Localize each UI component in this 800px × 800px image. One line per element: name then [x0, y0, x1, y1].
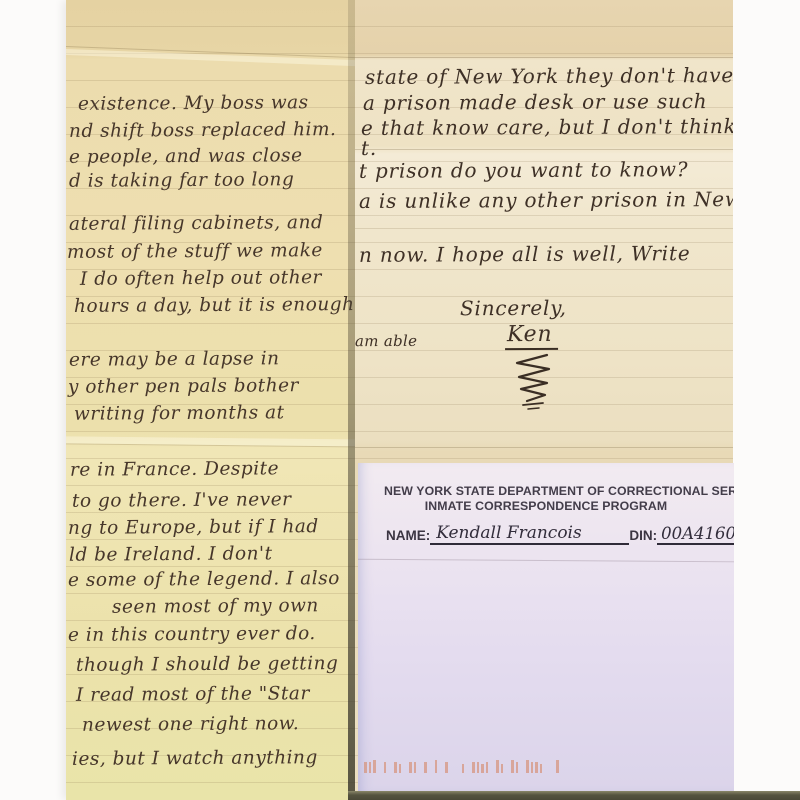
handwritten-line: a prison made desk or use such [363, 89, 707, 115]
handwritten-line: seen most of my own [112, 595, 319, 617]
envelope-name-row: NAME: Kendall Francois DIN: 00A4160 [386, 523, 734, 545]
handwritten-line: n now. I hope all is well, Write [359, 241, 691, 267]
table-edge [348, 791, 800, 800]
envelope-crease [358, 559, 734, 563]
envelope: NEW YORK STATE DEPARTMENT OF CORRECTIONA… [358, 463, 734, 791]
din-value: 00A4160 [657, 524, 734, 545]
handwritten-line: ng to Europe, but if I had [68, 516, 319, 539]
handwritten-line: ere may be a lapse in [69, 348, 280, 370]
din-label: DIN: [629, 528, 657, 545]
signature-flourish-icon [507, 352, 555, 412]
envelope-org-line1: NEW YORK STATE DEPARTMENT OF CORRECTIONA… [384, 484, 734, 498]
letter-page-left: existence. My boss was nd shift boss rep… [66, 0, 355, 800]
handwritten-fragment: am able [355, 332, 417, 350]
page-seam-shadow [348, 0, 355, 800]
handwritten-line: state of New York they don't have [365, 63, 733, 89]
handwritten-line: ies, but I watch anything [72, 747, 318, 770]
name-label: NAME: [386, 528, 430, 545]
handwritten-line: ld be Ireland. I don't [69, 543, 273, 565]
handwritten-line: though I should be getting [76, 653, 338, 676]
handwritten-line: existence. My boss was [78, 92, 309, 115]
fold-crease [355, 228, 733, 229]
handwritten-line: e some of the legend. I also [68, 568, 340, 591]
handwritten-line: t prison do you want to know? [359, 157, 688, 183]
fold-crease [355, 447, 733, 448]
handwritten-line: ateral filing cabinets, and [69, 212, 323, 235]
handwritten-line: nd shift boss replaced him. [69, 119, 336, 142]
signature: Ken [505, 322, 559, 350]
handwritten-line: e in this country ever do. [68, 623, 316, 646]
handwritten-line: writing for months at [74, 402, 285, 424]
fold-crease [355, 57, 733, 58]
handwritten-line: I do often help out other [80, 267, 322, 290]
photo-of-letters: existence. My boss was nd shift boss rep… [0, 0, 800, 800]
handwritten-line: newest one right now. [82, 713, 299, 736]
handwritten-line: to go there. I've never [72, 489, 292, 512]
handwritten-line: a is unlike any other prison in New [359, 187, 733, 213]
handwritten-line: I read most of the "Star [76, 683, 310, 706]
handwritten-line: y other pen pals bother [68, 375, 299, 398]
handwritten-line: t. [361, 136, 377, 160]
barcode [364, 759, 561, 773]
handwritten-line: hours a day, but it is enough [74, 294, 355, 317]
handwritten-line: d is taking far too long [69, 169, 294, 192]
name-value: Kendall Francois [430, 523, 629, 545]
handwritten-line: e that know care, but I don't think [361, 114, 733, 140]
handwritten-line: e people, and was close [69, 145, 303, 168]
closing-line: Sincerely, [460, 296, 567, 321]
fold-crease [355, 149, 733, 150]
handwritten-line: most of the stuff we make [67, 240, 323, 263]
envelope-org-line2: INMATE CORRESPONDENCE PROGRAM [358, 499, 734, 513]
handwritten-line: re in France. Despite [70, 458, 279, 480]
